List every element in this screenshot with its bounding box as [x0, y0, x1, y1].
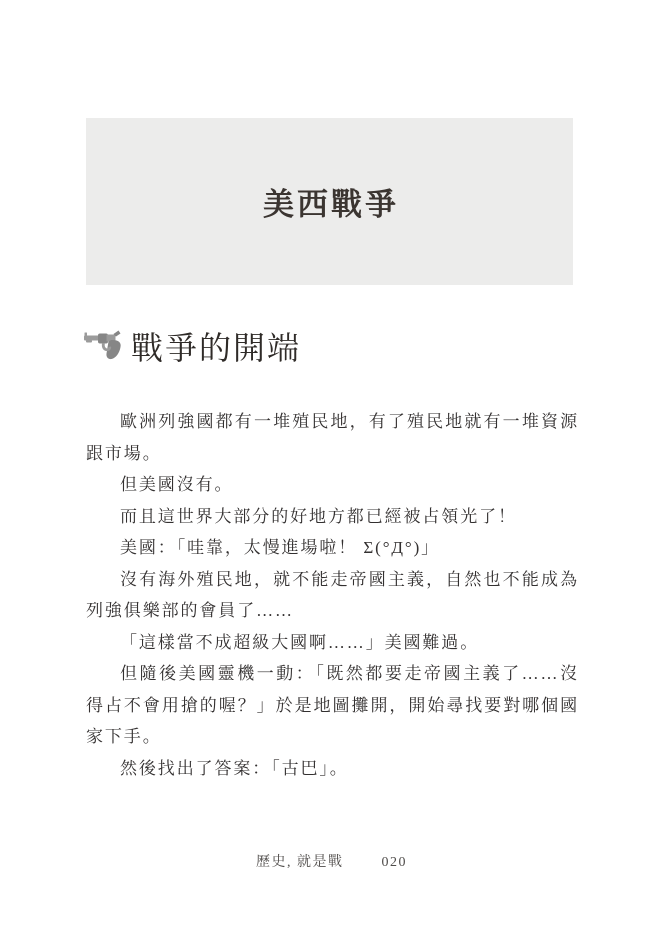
- paragraph: 而且這世界大部分的好地方都已經被占領光了！: [86, 501, 579, 533]
- book-title: 歷史, 就是戰: [256, 851, 344, 871]
- paragraph: 然後找出了答案：「古巴」。: [86, 753, 579, 785]
- section-title: 戰爭的開端: [131, 323, 301, 369]
- book-page: 美西戰爭: [0, 0, 663, 932]
- chapter-title-banner: 美西戰爭: [86, 118, 573, 285]
- paragraph: 但隨後美國靈機一動：「既然都要走帝國主義了……沒得占不會用搶的喔？」於是地圖攤開…: [86, 658, 579, 753]
- paragraph: 但美國沒有。: [86, 469, 579, 501]
- chapter-title: 美西戰爭: [260, 179, 399, 224]
- page-number: 020: [382, 855, 408, 871]
- paragraph: 沒有海外殖民地，就不能走帝國主義，自然也不能成為列強俱樂部的會員了……: [86, 564, 579, 627]
- revolver-icon: [84, 329, 124, 363]
- paragraph: 美國：「哇靠，太慢進場啦！ Σ(°Д°)」: [86, 532, 579, 564]
- page-footer: 歷史, 就是戰 020: [0, 851, 663, 871]
- section-heading: 戰爭的開端: [84, 323, 301, 369]
- paragraph: 「這樣當不成超級大國啊……」美國難過。: [86, 627, 579, 659]
- paragraph: 歐洲列強國都有一堆殖民地，有了殖民地就有一堆資源跟市場。: [86, 406, 579, 469]
- body-text: 歐洲列強國都有一堆殖民地，有了殖民地就有一堆資源跟市場。但美國沒有。而且這世界大…: [86, 406, 579, 784]
